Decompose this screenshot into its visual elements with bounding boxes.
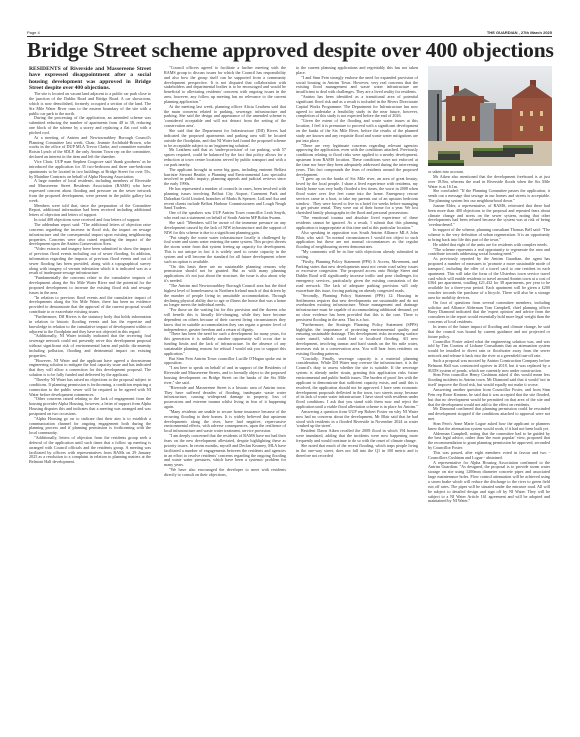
paragraph: At the meeting last week, planning offic… (164, 105, 286, 129)
paragraph: "I am here to speak on behalf of and in … (164, 366, 286, 385)
paragraph: "Put simply the waste water infrastructu… (164, 236, 286, 265)
paragraph: Members were told that, since the prepar… (29, 204, 151, 219)
paragraph: Answering a question from UUP rep Robert… (296, 410, 418, 429)
photo-window (530, 111, 533, 116)
paragraph: At a meeting of Antrim and Newtownabbey … (29, 136, 151, 160)
paragraph: "Fundamentally the concerns relate to th… (29, 276, 151, 295)
paragraph: Ms Aiken also mentioned that the develop… (428, 175, 550, 190)
paragraph: The applicant brought in some big guns, … (164, 168, 286, 187)
paragraph: "The Antrim and Newtownabbey Borough Cou… (164, 284, 286, 308)
paragraph: Sinn Fein councillor Henry Cushinan aske… (428, 373, 550, 388)
photo-window (472, 116, 475, 121)
paragraph: "I grew up on the banks of Six Mile rive… (296, 177, 418, 216)
paragraph: "Firstly, Planning Policy Statement (PPS… (296, 260, 418, 294)
paragraph: On foot of questions from several commit… (428, 301, 550, 325)
photo-window (452, 116, 455, 121)
photo-window (540, 111, 543, 116)
paragraph: "Council officers agreed to facilitate a… (164, 66, 286, 105)
article-column-3: to the current planning applications and… (296, 66, 418, 458)
photo-window (520, 126, 523, 131)
article-column-4: or taken into account.Ms Aiken also ment… (428, 170, 550, 504)
article-photo (428, 66, 552, 166)
paragraph: As previously reported by the Antrim Gua… (428, 257, 550, 301)
paragraph: He has represented a number of councils … (164, 187, 286, 211)
photo-planter (428, 160, 464, 166)
paragraph: Such a proposal was mooted by Antrim Con… (428, 359, 550, 374)
paragraph: "Alpha Housing go on to indicate that th… (29, 417, 151, 436)
paragraph: She concluded: "If the Planning Committe… (428, 189, 550, 204)
paragraph: "Additionally, letters of objection from… (29, 436, 151, 465)
headline: Bridge Street scheme approved despite ov… (27, 38, 552, 62)
photo-planter (438, 151, 460, 160)
paragraph: Answering another question from Councill… (428, 388, 550, 407)
photo-roof (512, 84, 552, 98)
paragraph: Mr Diamond confirmed that planning permi… (428, 407, 550, 422)
paragraph: "Furthermore, DfI Rivers is the statutor… (29, 315, 151, 334)
paragraph: She noted that much of the recent floodi… (296, 444, 418, 459)
paragraph: "We have also encouraged the developer t… (164, 468, 286, 478)
article-column-2: "Council officers agreed to facilitate a… (164, 66, 286, 478)
paragraph: "Furthermore, the Strategic Planning Pol… (296, 323, 418, 357)
paragraph: "Many residents are unable to secure hom… (164, 410, 286, 434)
paragraph: Vice Chair, UUP man Stephen Cosgrove sai… (29, 160, 151, 179)
paragraph: In terms of the future impact of floodin… (428, 325, 550, 340)
paragraph: "There are very legitimate concerns rega… (296, 144, 418, 178)
photo-planter (503, 145, 533, 154)
paragraph: "In relation to previous flood events an… (29, 296, 151, 315)
lead-paragraph: RESIDENTS of Riverside and Massereene St… (29, 66, 151, 91)
paragraph: She said that the Department for Infrast… (164, 129, 286, 148)
paragraph: During the processing of the application… (29, 116, 151, 135)
paper-name-date: THE GUARDIAN , 27th March 2025 (487, 30, 552, 35)
page-number: Page 4 (27, 30, 40, 35)
paragraph: In support of the scheme, planning consu… (428, 228, 550, 243)
paragraph: The site is located on vacant land adjac… (29, 92, 151, 116)
paragraph: "For those on the waiting list for this … (164, 308, 286, 332)
photo-window (462, 116, 465, 121)
masthead: Page 4 THE GUARDIAN , 27th March 2025 (27, 30, 552, 37)
paragraph: "Riverside and Massereene Street is a hi… (164, 386, 286, 410)
photo-lamp-post (437, 94, 439, 144)
paragraph: Resident Dawn Aiken recalled the 2008 fl… (296, 429, 418, 444)
photo-window (540, 126, 543, 131)
paragraph: "There has been the need for such a deve… (164, 332, 286, 356)
paragraph: "Given the extent of the flooding and wa… (296, 119, 418, 143)
paragraph: Also speaking in opposition was South An… (296, 231, 418, 250)
paragraph: "I am deeply concerned that the resident… (164, 434, 286, 468)
paragraph: A large number of local residents, inclu… (29, 179, 151, 203)
paragraph: "I and Sinn Fein strongly endorse the ne… (296, 76, 418, 95)
paragraph: "The emotional trauma and absolute lived… (296, 216, 418, 231)
paragraph: Ms Leathem said that as 'under-provision… (164, 148, 286, 167)
paragraph: Joanne Elder, a representative, of RAMS,… (428, 204, 550, 228)
photo-building-brick-3 (512, 98, 552, 141)
paragraph: Alderman Campbell, noting that the commi… (428, 432, 550, 451)
paragraph: A representative for Alpha Housing Assoc… (428, 461, 550, 505)
article-column-1: RESIDENTS of Riverside and Massereene St… (29, 66, 151, 465)
paragraph: Councillor Foster asked what the enginee… (428, 340, 550, 359)
paragraph: "Video extracts and imagery have been su… (29, 247, 151, 276)
paragraph: "Other concerns raised relating to the l… (29, 397, 151, 416)
paragraph: "However, NI Water and the applicant hav… (29, 359, 151, 378)
paragraph: "Secondly, Planning Policy Statement (PP… (296, 294, 418, 323)
paragraph: "Antrim has been identified as a transit… (296, 95, 418, 119)
paragraph: "Additionally, NI Water initially indica… (29, 334, 151, 358)
photo-window (520, 111, 523, 116)
paragraph: "On this basis there are no sustainable … (164, 265, 286, 284)
paragraph: The addendum report said: "The additiona… (29, 223, 151, 247)
paragraph: "Crucially, Finally, sewerage capacity i… (296, 357, 418, 410)
paragraph: "Thereby NI Water has raised no objectio… (29, 378, 151, 397)
paragraph: She said: "Members will be aware of the … (164, 221, 286, 236)
